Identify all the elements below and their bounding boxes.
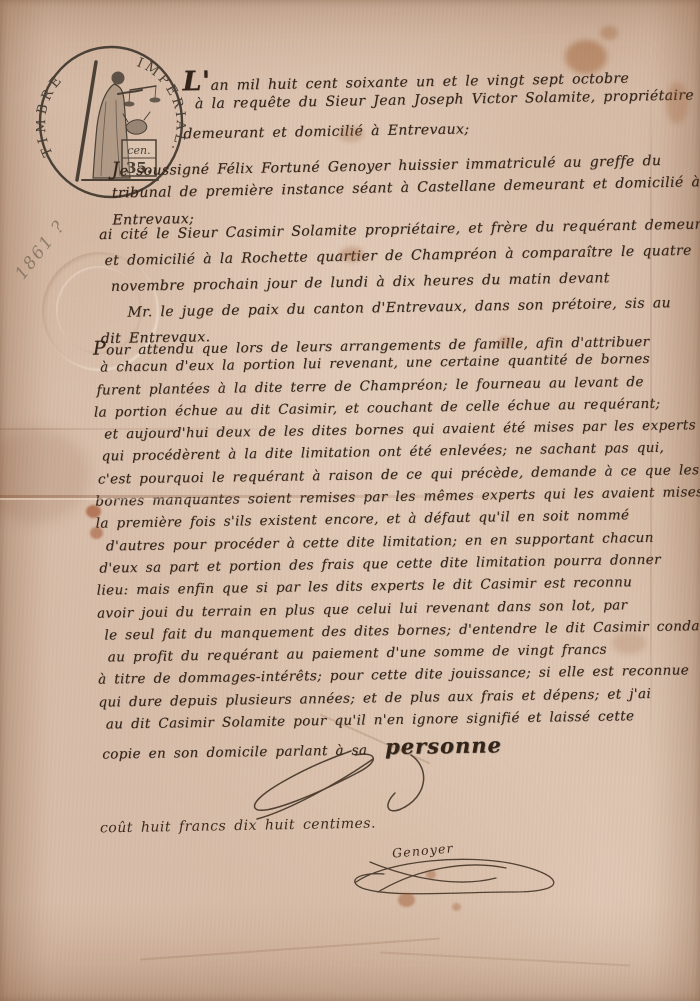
fold-crease: [380, 951, 630, 966]
paragraph-date-requete: L'an mil huit cent soixante un et le vin…: [182, 58, 688, 157]
stain: [0, 428, 90, 523]
paragraph-motifs: Pour attendu que lors de leurs arrangeme…: [93, 328, 692, 761]
paraphe-flourish-icon: [235, 745, 445, 825]
stain: [600, 26, 618, 40]
signature-flourish-icon: [318, 848, 583, 903]
manuscript-page: TIMBRE IMPERIAL.: [0, 0, 700, 1001]
stain: [452, 903, 461, 911]
fold-crease: [140, 938, 439, 961]
cost-line: coût huit francs dix huit centimes.: [100, 816, 376, 837]
stamp-denomination-label: cen.: [127, 144, 150, 157]
